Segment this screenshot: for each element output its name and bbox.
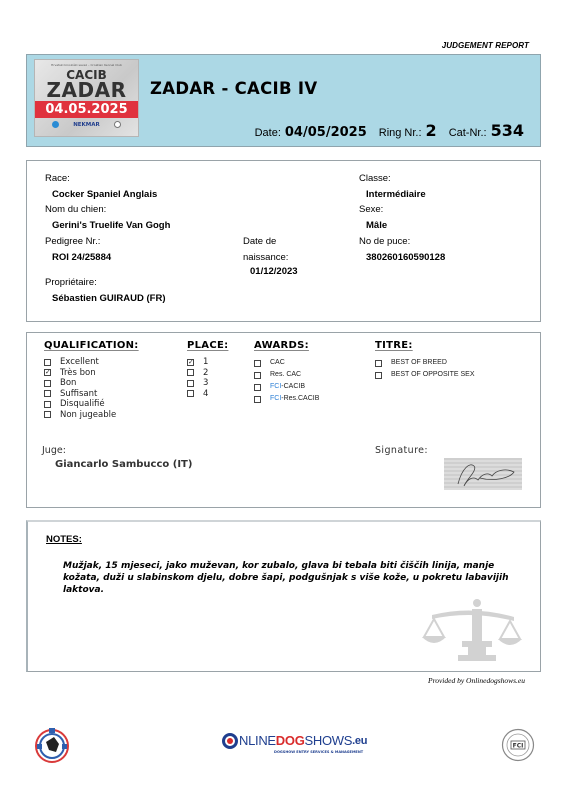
qualification-column: QUALIFICATION: ExcellentTrès bonBonSuffi… bbox=[44, 340, 139, 420]
titre-option[interactable]: BEST OF BREED bbox=[375, 357, 475, 369]
field-birth-date: Date de naissance: 01/12/2023 bbox=[243, 236, 298, 278]
judge-name: Giancarlo Sambucco (IT) bbox=[55, 459, 192, 470]
ods-online: NLINE bbox=[239, 734, 276, 748]
report-label: JUDGEMENT REPORT bbox=[442, 41, 529, 50]
checkbox-icon[interactable] bbox=[375, 372, 382, 379]
place-option-label: 1 bbox=[203, 357, 208, 368]
event-meta: Date: 04/05/2025 Ring Nr.: 2 Cat-Nr.: 53… bbox=[255, 121, 524, 140]
provided-by: Provided by Onlinedogshows.eu bbox=[428, 676, 525, 685]
awards-option-label: -Res.CACIB bbox=[281, 393, 319, 405]
birth-label-line1: Date de bbox=[243, 236, 298, 248]
notes-text: Mužjak, 15 mjeseci, jako muževan, kor zu… bbox=[63, 560, 523, 596]
ods-tagline: DOGSHOW ENTRY SERVICES & MANAGEMENT bbox=[274, 750, 363, 754]
qualification-option-label: Disqualifié bbox=[60, 399, 105, 410]
owner-label: Propriétaire: bbox=[45, 277, 165, 289]
place-column: PLACE: 1234 bbox=[187, 340, 228, 399]
race-value: Cocker Spaniel Anglais bbox=[45, 189, 157, 201]
dog-name-label: Nom du chien: bbox=[45, 204, 170, 216]
checkbox-icon[interactable] bbox=[44, 401, 51, 408]
show-logo: Hrvatski kinološki savez – Croatian Kenn… bbox=[34, 59, 139, 137]
checkbox-icon[interactable] bbox=[44, 359, 51, 366]
race-label: Race: bbox=[45, 173, 157, 185]
qualification-options: ExcellentTrès bonBonSuffisantDisqualifié… bbox=[44, 357, 139, 420]
notes-heading: NOTES: bbox=[46, 534, 82, 545]
notes-panel: NOTES: Mužjak, 15 mjeseci, jako muževan,… bbox=[26, 520, 541, 672]
judging-panel: QUALIFICATION: ExcellentTrès bonBonSuffi… bbox=[26, 332, 541, 508]
owner-value: Sébastien GUIRAUD (FR) bbox=[45, 293, 165, 305]
qualification-option[interactable]: Non jugeable bbox=[44, 410, 139, 421]
awards-option-label: CAC bbox=[270, 357, 285, 369]
birth-value: 01/12/2023 bbox=[243, 266, 298, 278]
fci-prefix: FCI bbox=[270, 393, 281, 405]
date-label: Date: bbox=[255, 127, 281, 139]
ods-shows: SHOWS bbox=[305, 734, 353, 748]
place-option[interactable]: 4 bbox=[187, 389, 228, 400]
place-heading: PLACE: bbox=[187, 340, 228, 351]
cat-label: Cat-Nr.: bbox=[449, 127, 487, 139]
cat-value: 534 bbox=[491, 121, 524, 140]
awards-column: AWARDS: CACRes. CACFCI-CACIBFCI-Res.CACI… bbox=[254, 340, 319, 405]
qualification-option[interactable]: Très bon bbox=[44, 368, 139, 379]
checkbox-icon[interactable] bbox=[254, 384, 261, 391]
onlinedogshows-logo: NLINE DOG SHOWS .eu DOGSHOW ENTRY SERVIC… bbox=[222, 733, 367, 754]
ring-value: 2 bbox=[426, 121, 437, 140]
club-emblem-logo bbox=[34, 728, 70, 764]
sponsor-icon bbox=[52, 121, 59, 128]
titre-option-label: BEST OF OPPOSITE SEX bbox=[391, 369, 475, 381]
awards-option[interactable]: CAC bbox=[254, 357, 319, 369]
field-chip: No de puce: 380260160590128 bbox=[359, 236, 445, 264]
judge-label: Juge: bbox=[42, 445, 66, 456]
paw-icon bbox=[222, 733, 238, 749]
scales-of-justice-icon bbox=[422, 599, 522, 661]
checkbox-icon[interactable] bbox=[44, 390, 51, 397]
field-owner: Propriétaire: Sébastien GUIRAUD (FR) bbox=[45, 277, 165, 305]
awards-option-label: -CACIB bbox=[281, 381, 305, 393]
chip-label: No de puce: bbox=[359, 236, 445, 248]
place-options: 1234 bbox=[187, 357, 228, 399]
checkbox-icon[interactable] bbox=[187, 390, 194, 397]
awards-option[interactable]: Res. CAC bbox=[254, 369, 319, 381]
titre-option-label: BEST OF BREED bbox=[391, 357, 447, 369]
qualification-option[interactable]: Excellent bbox=[44, 357, 139, 368]
qualification-option-label: Excellent bbox=[60, 357, 99, 368]
checkbox-icon[interactable] bbox=[375, 360, 382, 367]
birth-label-line2: naissance: bbox=[243, 252, 298, 264]
chip-value: 380260160590128 bbox=[359, 252, 445, 264]
qualification-option-label: Bon bbox=[60, 378, 76, 389]
sex-label: Sexe: bbox=[359, 204, 387, 216]
pedigree-label: Pedigree Nr.: bbox=[45, 236, 111, 248]
pedigree-value: ROI 24/25884 bbox=[45, 252, 111, 264]
svg-text:FCI: FCI bbox=[513, 743, 524, 750]
class-label: Classe: bbox=[359, 173, 426, 185]
signature-image bbox=[444, 458, 522, 490]
checkbox-icon[interactable] bbox=[44, 380, 51, 387]
place-option-label: 3 bbox=[203, 378, 208, 389]
ods-wordmark: NLINE DOG SHOWS .eu bbox=[222, 733, 367, 749]
qualification-option-label: Non jugeable bbox=[60, 410, 116, 421]
checkbox-checked-icon[interactable] bbox=[44, 369, 51, 376]
awards-option[interactable]: FCI-CACIB bbox=[254, 381, 319, 393]
checkbox-icon[interactable] bbox=[254, 360, 261, 367]
titre-option[interactable]: BEST OF OPPOSITE SEX bbox=[375, 369, 475, 381]
date-value: 04/05/2025 bbox=[285, 125, 367, 140]
class-value: Intermédiaire bbox=[359, 189, 426, 201]
club-emblem-icon bbox=[114, 121, 121, 128]
checkbox-icon[interactable] bbox=[254, 372, 261, 379]
logo-city: ZADAR bbox=[35, 81, 138, 100]
qualification-option[interactable]: Disqualifié bbox=[44, 399, 139, 410]
checkbox-icon[interactable] bbox=[187, 369, 194, 376]
event-title: ZADAR - CACIB IV bbox=[150, 79, 317, 98]
field-class: Classe: Intermédiaire bbox=[359, 173, 426, 201]
checkbox-icon[interactable] bbox=[187, 380, 194, 387]
place-option[interactable]: 3 bbox=[187, 378, 228, 389]
place-option-label: 4 bbox=[203, 389, 208, 400]
titre-heading: TITRE: bbox=[375, 340, 475, 351]
header-panel: Hrvatski kinološki savez – Croatian Kenn… bbox=[26, 54, 541, 147]
sex-value: Mâle bbox=[359, 220, 387, 232]
qualification-option-label: Très bon bbox=[60, 368, 96, 379]
checkbox-checked-icon[interactable] bbox=[187, 359, 194, 366]
qualification-option-label: Suffisant bbox=[60, 389, 97, 400]
awards-option-label: Res. CAC bbox=[270, 369, 301, 381]
awards-heading: AWARDS: bbox=[254, 340, 319, 351]
titre-options: BEST OF BREEDBEST OF OPPOSITE SEX bbox=[375, 357, 475, 381]
awards-option[interactable]: FCI-Res.CACIB bbox=[254, 393, 319, 405]
checkbox-icon[interactable] bbox=[44, 411, 51, 418]
fci-prefix: FCI bbox=[270, 381, 281, 393]
dog-name-value: Gerini's Truelife Van Gogh bbox=[45, 220, 170, 232]
signature-label: Signature: bbox=[375, 445, 428, 456]
logo-date: 04.05.2025 bbox=[35, 101, 138, 118]
fci-logo: FCI bbox=[501, 728, 535, 762]
sponsor-name: NEKMAR bbox=[73, 122, 100, 128]
titre-column: TITRE: BEST OF BREEDBEST OF OPPOSITE SEX bbox=[375, 340, 475, 381]
checkbox-icon[interactable] bbox=[254, 396, 261, 403]
field-pedigree: Pedigree Nr.: ROI 24/25884 bbox=[45, 236, 111, 264]
logo-sponsors: NEKMAR bbox=[35, 121, 138, 128]
place-option-label: 2 bbox=[203, 368, 208, 379]
qualification-option[interactable]: Suffisant bbox=[44, 389, 139, 400]
ods-dog: DOG bbox=[276, 734, 305, 748]
place-option[interactable]: 2 bbox=[187, 368, 228, 379]
field-sex: Sexe: Mâle bbox=[359, 204, 387, 232]
ods-eu: .eu bbox=[352, 734, 367, 748]
dog-info-panel: Race: Cocker Spaniel Anglais Nom du chie… bbox=[26, 160, 541, 322]
field-dog-name: Nom du chien: Gerini's Truelife Van Gogh bbox=[45, 204, 170, 232]
ring-label: Ring Nr.: bbox=[379, 127, 422, 139]
logo-small-text: Hrvatski kinološki savez – Croatian Kenn… bbox=[35, 63, 138, 67]
awards-options: CACRes. CACFCI-CACIBFCI-Res.CACIB bbox=[254, 357, 319, 405]
field-race: Race: Cocker Spaniel Anglais bbox=[45, 173, 157, 201]
qualification-option[interactable]: Bon bbox=[44, 378, 139, 389]
place-option[interactable]: 1 bbox=[187, 357, 228, 368]
qualification-heading: QUALIFICATION: bbox=[44, 340, 139, 351]
